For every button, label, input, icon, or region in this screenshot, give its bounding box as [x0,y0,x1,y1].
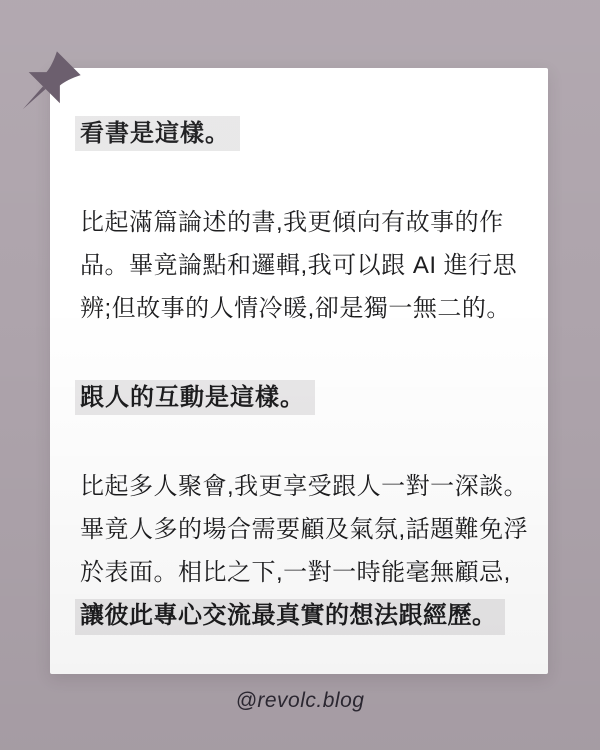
heading2-wrap: 跟人的互動是這樣。 [80,380,520,415]
section-heading-interaction: 跟人的互動是這樣。 [75,380,315,415]
paragraph-line: 畢竟人多的場合需要顧及氣氛,話題難免浮 [80,508,520,551]
highlighted-line: 讓彼此專心交流最真實的想法跟經歷。 [75,599,505,635]
post-background: 看書是這樣。 比起滿篇論述的書,我更傾向有故事的作 品。畢竟論點和邏輯,我可以跟… [0,0,600,750]
paragraph-line: 比起滿篇論述的書,我更傾向有故事的作 [80,201,520,244]
paragraph-interaction: 比起多人聚會,我更享受跟人一對一深談。 畢竟人多的場合需要顧及氣氛,話題難免浮 … [80,465,520,637]
content-card: 看書是這樣。 比起滿篇論述的書,我更傾向有故事的作 品。畢竟論點和邏輯,我可以跟… [50,68,548,674]
paragraph-line: 比起多人聚會,我更享受跟人一對一深談。 [80,465,520,508]
section-heading-books: 看書是這樣。 [75,116,240,151]
card-content: 看書是這樣。 比起滿篇論述的書,我更傾向有故事的作 品。畢竟論點和邏輯,我可以跟… [50,68,548,637]
paragraph-line: 辨;但故事的人情冷暖,卻是獨一無二的。 [80,287,520,330]
paragraph-line: 於表面。相比之下,一對一時能毫無顧忌, [80,551,520,594]
paragraph-books: 比起滿篇論述的書,我更傾向有故事的作 品。畢竟論點和邏輯,我可以跟 AI 進行思… [80,201,520,330]
pushpin-icon [6,42,90,126]
paragraph-line: 品。畢竟論點和邏輯,我可以跟 AI 進行思 [80,244,520,287]
highlighted-line-wrap: 讓彼此專心交流最真實的想法跟經歷。 [80,594,520,637]
account-handle: @revolc.blog [0,689,600,713]
